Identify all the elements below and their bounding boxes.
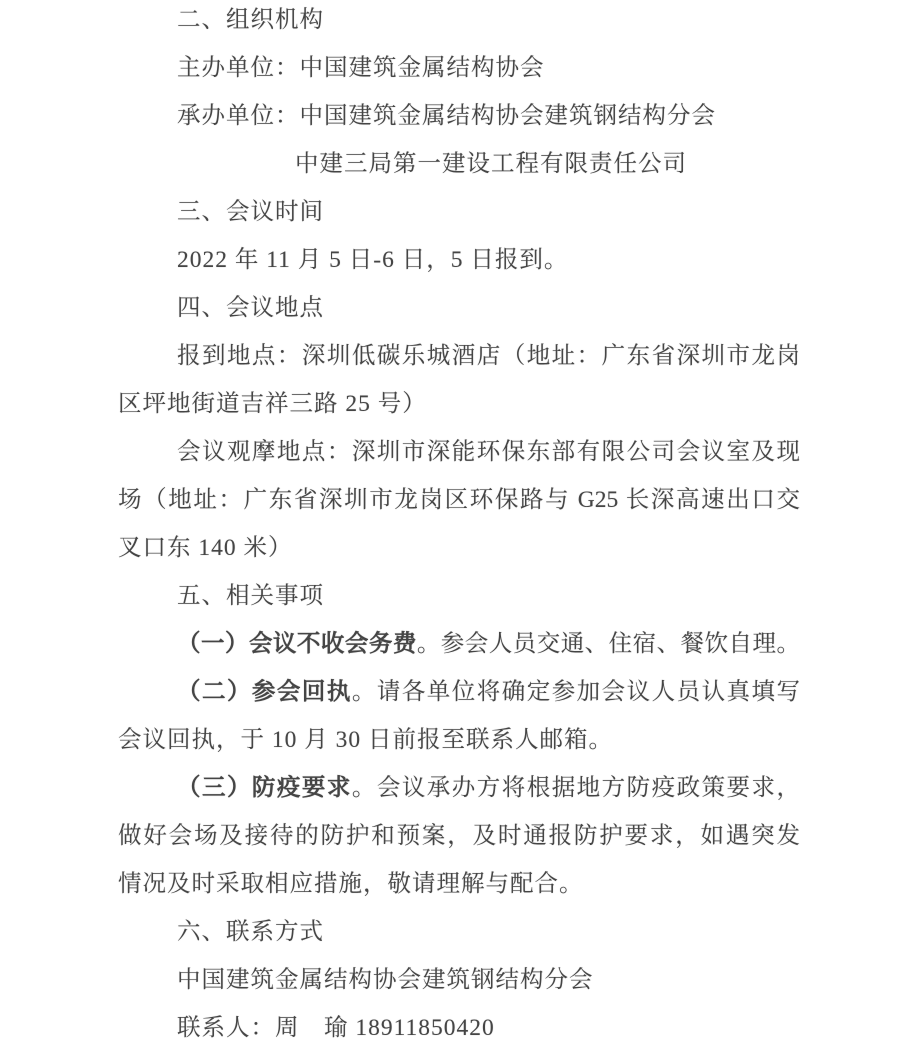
- document-line: 报到地点：深圳低碳乐城酒店（地址：广东省深圳市龙岗: [118, 332, 800, 380]
- body-text: 。请各单位将确定参加会议人员认真填写: [352, 679, 800, 705]
- document-line: 二、组织机构: [118, 0, 800, 44]
- document-line: 场（地址：广东省深圳市龙岗区环保路与 G25 长深高速出口交: [118, 476, 800, 524]
- body-text: 中建三局第一建设工程有限责任公司: [295, 151, 687, 177]
- emphasis-text: （三）防疫要求: [177, 775, 352, 801]
- body-text: 。会议承办方将根据地方防疫政策要求，: [352, 775, 800, 801]
- document-line: 叉口东 140 米）: [118, 524, 800, 572]
- document-line: 六、联系方式: [118, 908, 800, 956]
- body-text: 会议回执，于 10 月 30 日前报至联系人邮箱。: [118, 727, 613, 753]
- document-line: 三、会议时间: [118, 188, 800, 236]
- document-line: 中建三局第一建设工程有限责任公司: [118, 140, 800, 188]
- emphasis-text: （二）参会回执: [177, 679, 352, 705]
- body-text: 三、会议时间: [177, 199, 324, 225]
- document-line: 2022 年 11 月 5 日-6 日，5 日报到。: [118, 236, 800, 284]
- body-text: 主办单位：中国建筑金属结构协会: [177, 55, 545, 81]
- body-text: 叉口东 140 米）: [118, 535, 293, 561]
- body-text: 。参会人员交通、住宿、餐饮自理。: [417, 631, 800, 657]
- document-line: （一）会议不收会务费。参会人员交通、住宿、餐饮自理。: [118, 620, 800, 668]
- body-text: 会议观摩地点：深圳市深能环保东部有限公司会议室及现: [177, 439, 800, 465]
- body-text: 2022 年 11 月 5 日-6 日，5 日报到。: [177, 247, 568, 273]
- document-line: （三）防疫要求。会议承办方将根据地方防疫政策要求，: [118, 764, 800, 812]
- document-line: 情况及时采取相应措施，敬请理解与配合。: [118, 860, 800, 908]
- body-text: 四、会议地点: [177, 295, 324, 321]
- body-text: 联系人：周 瑜 18911850420: [177, 1015, 495, 1041]
- document-line: （二）参会回执。请各单位将确定参加会议人员认真填写: [118, 668, 800, 716]
- document-line: 做好会场及接待的防护和预案，及时通报防护要求，如遇突发: [118, 812, 800, 860]
- body-text: 场（地址：广东省深圳市龙岗区环保路与 G25 长深高速出口交: [118, 487, 800, 513]
- document-line: 会议回执，于 10 月 30 日前报至联系人邮箱。: [118, 716, 800, 764]
- body-text: 二、组织机构: [177, 7, 324, 33]
- document-line: 承办单位：中国建筑金属结构协会建筑钢结构分会: [118, 92, 800, 140]
- body-text: 区坪地街道吉祥三路 25 号）: [118, 391, 427, 417]
- document-line: 区坪地街道吉祥三路 25 号）: [118, 380, 800, 428]
- document-line: 主办单位：中国建筑金属结构协会: [118, 44, 800, 92]
- body-text: 做好会场及接待的防护和预案，及时通报防护要求，如遇突发: [118, 823, 800, 849]
- body-text: 五、相关事项: [177, 583, 324, 609]
- body-text: 报到地点：深圳低碳乐城酒店（地址：广东省深圳市龙岗: [177, 343, 800, 369]
- document-line: 中国建筑金属结构协会建筑钢结构分会: [118, 956, 800, 1004]
- emphasis-text: （一）会议不收会务费: [177, 631, 417, 657]
- document-page: 二、组织机构主办单位：中国建筑金属结构协会承办单位：中国建筑金属结构协会建筑钢结…: [0, 0, 909, 1046]
- body-text: 六、联系方式: [177, 919, 324, 945]
- document-line: 四、会议地点: [118, 284, 800, 332]
- body-text: 情况及时采取相应措施，敬请理解与配合。: [118, 871, 584, 897]
- text-column: 二、组织机构主办单位：中国建筑金属结构协会承办单位：中国建筑金属结构协会建筑钢结…: [118, 0, 800, 1046]
- document-line: 会议观摩地点：深圳市深能环保东部有限公司会议室及现: [118, 428, 800, 476]
- body-text: 中国建筑金属结构协会建筑钢结构分会: [177, 967, 594, 993]
- body-text: 承办单位：中国建筑金属结构协会建筑钢结构分会: [177, 103, 716, 129]
- document-line: 五、相关事项: [118, 572, 800, 620]
- document-line: 联系人：周 瑜 18911850420: [118, 1004, 800, 1046]
